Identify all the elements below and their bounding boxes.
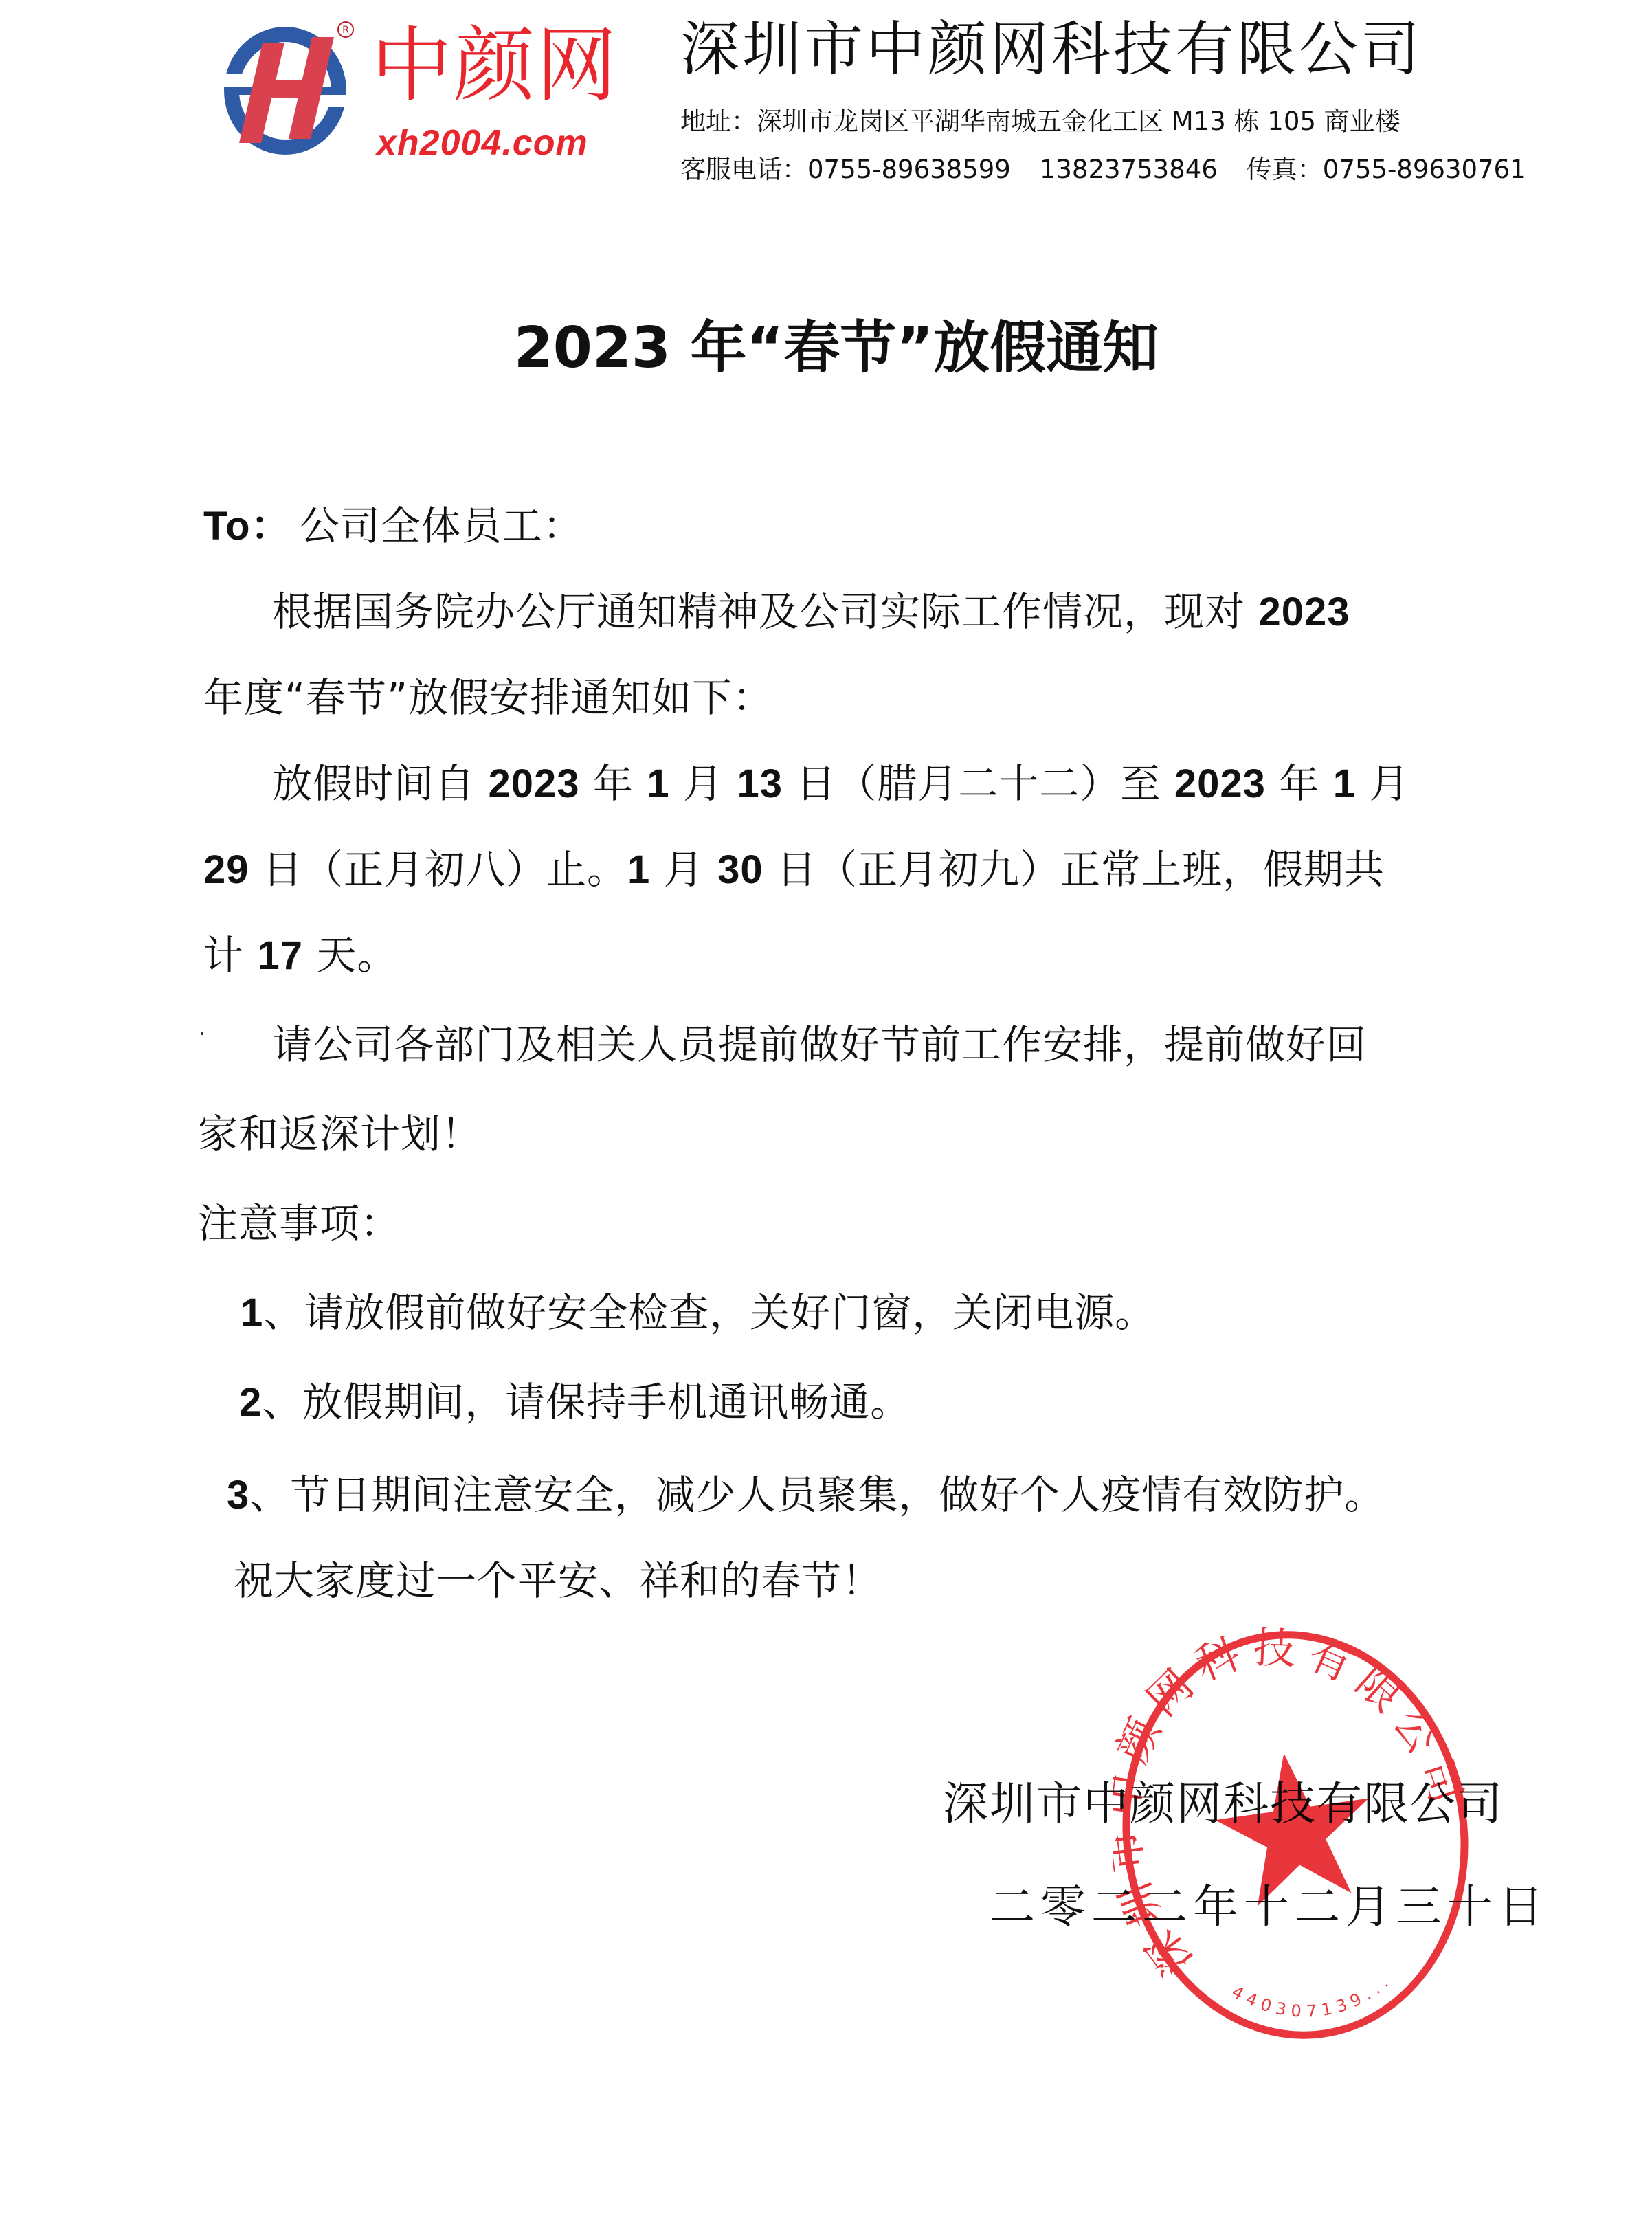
sh-logo-icon [221,25,349,157]
recipient: 公司全体员工： [300,502,583,549]
text: 计 [203,932,257,979]
phone-1: 0755-89638599 [807,155,1011,184]
brand-url: xh2004.com [377,124,588,162]
address-label: 地址： [680,107,757,136]
paragraph-2-line-1: 放假时间自 2023 年 1 月 13 日（腊月二十二）至 2023 年 1 月 [272,759,1409,808]
fax-value: 0755-89630761 [1323,155,1526,184]
scan-speck [201,1032,203,1035]
recipient-label: To： [203,504,291,548]
paragraph-1-line-1: 根据国务院办公厅通知精神及公司实际工作情况，现对 2023 [272,588,1350,636]
paragraph-1-line-2: 年度“春节”放假安排通知如下： [203,674,773,722]
note-number: 1 [241,1291,263,1335]
closing-wish: 祝大家度过一个平安、祥和的春节！ [234,1557,882,1605]
end-month: 1 [1333,761,1356,806]
note-item-3: 3、节日期间注意安全，减少人员聚集，做好个人疫情有效防护。 [227,1471,1385,1520]
registered-mark-icon: R [337,21,355,38]
start-month: 1 [647,761,669,806]
text: 日（腊月二十二）至 [783,760,1174,807]
seal-code: 440307139... [1227,1960,1400,2032]
company-contact: 客服电话：0755-8963859913823753846传真：0755-896… [680,153,1526,187]
notes-heading: 注意事项： [198,1199,401,1247]
brand-name-cn: 中颜网 [371,21,618,110]
text: 日（正月初九）正常上班，假期共 [763,846,1385,893]
note-text: 节日期间注意安全，减少人员聚集，做好个人疫情有效防护。 [290,1471,1385,1518]
text: 放假时间自 [272,760,488,807]
text: 月 [1356,760,1409,807]
end-day: 29 [203,847,249,892]
text: 年 [579,760,647,807]
recipient-line: To：公司全体员工： [203,502,583,551]
notice-title: 2023 年“春节”放假通知 [0,311,1652,386]
company-seal-icon: 深圳市中颜网科技有限公司 440307139... [1113,1622,1477,2048]
company-name: 深圳市中颜网科技有限公司 [680,15,1422,84]
return-month: 1 [627,847,650,892]
note-item-2: 2、放假期间，请保持手机通讯畅通。 [239,1378,911,1427]
end-year: 2023 [1174,761,1266,806]
text: 月 [670,760,737,807]
company-address: 地址：深圳市龙岗区平湖华南城五金化工区 M13 栋 105 商业楼 [680,104,1400,139]
year: 2023 [1258,590,1350,634]
note-item-1: 1、请放假前做好安全检查，关好门窗，关闭电源。 [241,1289,1155,1337]
note-number: 2 [239,1380,262,1425]
paragraph-2-line-2: 29 日（正月初八）止。1 月 30 日（正月初九）正常上班，假期共 [203,845,1385,894]
text: 日（正月初八）止。 [249,846,627,893]
paragraph-3-line-2: 家和返深计划！ [198,1110,482,1158]
text: 月 [650,846,717,893]
fax-label: 传真： [1247,155,1323,184]
return-day: 30 [717,847,763,892]
start-year: 2023 [488,761,579,806]
note-separator: 、 [249,1471,290,1518]
text: 天。 [303,932,397,979]
total-days: 17 [257,933,303,978]
note-separator: 、 [263,1289,304,1336]
note-text: 请放假前做好安全检查，关好门窗，关闭电源。 [304,1289,1155,1336]
phone-2: 13823753846 [1040,155,1218,184]
paragraph-3-line-1: 请公司各部门及相关人员提前做好节前工作安排，提前做好回 [272,1021,1367,1069]
start-day: 13 [737,761,783,806]
svg-text:R: R [342,25,349,36]
note-number: 3 [227,1473,249,1517]
note-text: 放假期间，请保持手机通讯畅通。 [302,1379,911,1425]
phone-label: 客服电话： [680,155,807,184]
paragraph-2-line-3: 计 17 天。 [203,931,397,980]
text: 年 [1266,760,1333,807]
text: 根据国务院办公厅通知精神及公司实际工作情况，现对 [272,588,1258,635]
note-separator: 、 [262,1379,302,1425]
svg-text:440307139...: 440307139... [1227,1960,1400,2032]
address-value: 深圳市龙岗区平湖华南城五金化工区 M13 栋 105 商业楼 [757,107,1400,136]
